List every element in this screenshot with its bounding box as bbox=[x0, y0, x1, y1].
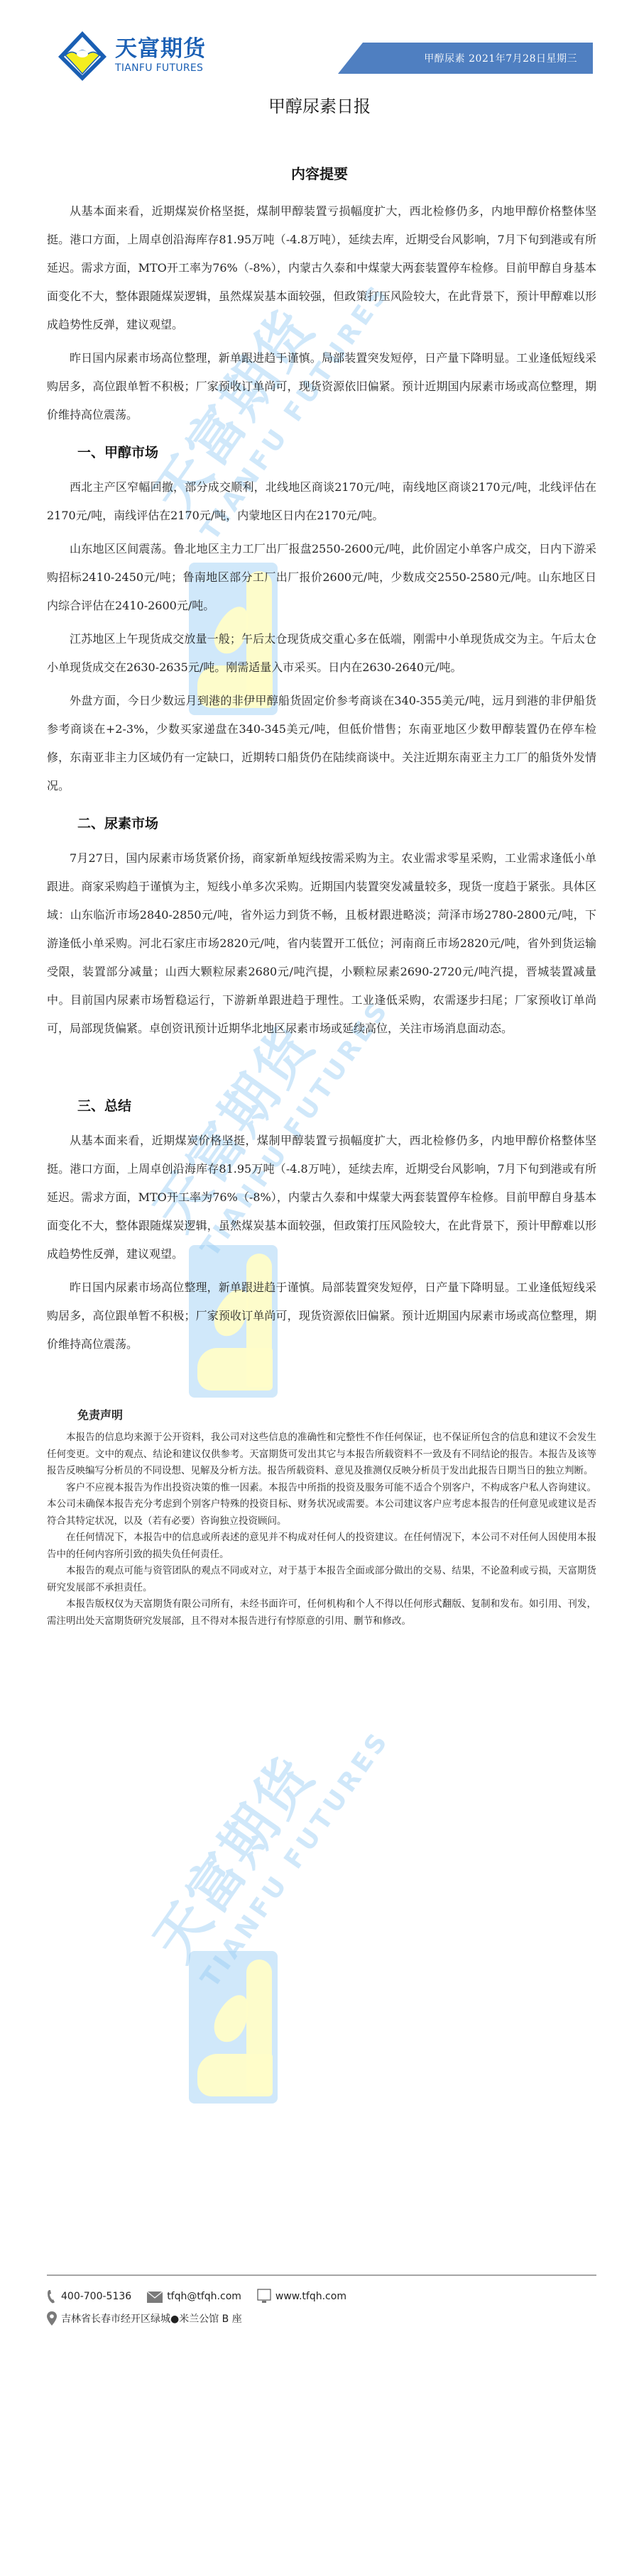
methanol-paragraph: 江苏地区上午现货成交放量一般；午后太仓现货成交重心多在低端，刚需中小单现货成交为… bbox=[47, 625, 596, 682]
contact-phone[interactable]: 400-700-5136 bbox=[47, 2289, 131, 2304]
footer-divider bbox=[47, 2274, 596, 2276]
summary-heading: 内容提要 bbox=[0, 163, 639, 184]
logo-chinese-name: 天富期货 bbox=[115, 37, 206, 61]
address-text: 吉林省长春市经开区绿城●米兰公馆 B 座 bbox=[61, 2311, 242, 2326]
report-date: 甲醇尿素 2021年7月28日星期三 bbox=[424, 51, 577, 65]
report-body: 从基本面来看，近期煤炭价格坚挺，煤制甲醇装置亏损幅度扩大，西北检修仍多，内地甲醇… bbox=[0, 197, 639, 1359]
phone-icon bbox=[47, 2289, 57, 2304]
methanol-paragraph: 外盘方面，今日少数远月到港的非伊甲醇船货固定价参考商谈在340-355美元/吨，… bbox=[47, 687, 596, 800]
methanol-paragraph: 山东地区区间震荡。鲁北地区主力工厂出厂报盘2550-2600元/吨，此价固定小单… bbox=[47, 535, 596, 620]
monitor-icon bbox=[257, 2289, 271, 2304]
report-header: 天富期货 TIANFU FUTURES 甲醇尿素 2021年7月28日星期三 bbox=[0, 0, 639, 92]
methanol-paragraph: 西北主产区窄幅回撤，部分成交顺利，北线地区商谈2170元/吨，南线地区商谈217… bbox=[47, 473, 596, 530]
disclaimer-section: 免责声明 本报告的信息均来源于公开资料，我公司对这些信息的准确性和完整性不作任何… bbox=[0, 1401, 639, 1630]
summary-paragraph: 昨日国内尿素市场高位整理，新单跟进趋于谨慎。局部装置突发短停，日产量下降明显。工… bbox=[47, 344, 596, 429]
watermark-logo-tile bbox=[189, 1951, 278, 2104]
website-url: www.tfqh.com bbox=[275, 2291, 346, 2302]
email-address: tfqh@tfqh.com bbox=[167, 2291, 241, 2302]
summary-paragraph: 从基本面来看，近期煤炭价格坚挺，煤制甲醇装置亏损幅度扩大，西北检修仍多，内地甲醇… bbox=[47, 197, 596, 339]
conclusion-paragraph: 昨日国内尿素市场高位整理，新单跟进趋于谨慎。局部装置突发短停，日产量下降明显。工… bbox=[47, 1273, 596, 1359]
contact-address: 吉林省长春市经开区绿城●米兰公馆 B 座 bbox=[47, 2311, 596, 2326]
company-logo: 天富期货 TIANFU FUTURES bbox=[57, 30, 206, 81]
page-title: 甲醇尿素日报 bbox=[0, 92, 639, 121]
phone-number: 400-700-5136 bbox=[61, 2291, 131, 2302]
date-banner: 甲醇尿素 2021年7月28日星期三 bbox=[338, 43, 593, 74]
disclaimer-paragraph: 本报告的观点可能与资管团队的观点不同或对立，对于基于本报告全面或部分做出的交易、… bbox=[47, 1563, 596, 1596]
section-heading-methanol: 一、甲醇市场 bbox=[77, 439, 596, 466]
logo-english-name: TIANFU FUTURES bbox=[115, 62, 206, 74]
contact-footer: 400-700-5136 tfqh@tfqh.com www.tfqh.com … bbox=[47, 2274, 596, 2326]
watermark-text-cn: 天富期货 bbox=[131, 1738, 329, 1974]
disclaimer-paragraph: 本报告的信息均来源于公开资料，我公司对这些信息的准确性和完整性不作任何保证，也不… bbox=[47, 1430, 596, 1480]
mail-icon bbox=[147, 2290, 163, 2303]
disclaimer-paragraph: 在任何情况下，本报告中的信息或所表述的意见并不构成对任何人的投资建议。在任何情况… bbox=[47, 1530, 596, 1563]
tianfu-diamond-logo-icon bbox=[57, 30, 108, 81]
disclaimer-paragraph: 本报告版权仅为天富期货有限公司所有，未经书面许可，任何机构和个人不得以任何形式翻… bbox=[47, 1596, 596, 1630]
urea-paragraph: 7月27日，国内尿素市场货紧价扬，商家新单短线按需采购为主。农业需求零星采购，工… bbox=[47, 844, 596, 1043]
disclaimer-paragraph: 客户不应视本报告为作出投资决策的惟一因素。本报告中所指的投资及服务可能不适合个别… bbox=[47, 1480, 596, 1530]
disclaimer-title: 免责声明 bbox=[77, 1401, 596, 1430]
section-heading-summary: 三、总结 bbox=[77, 1093, 596, 1120]
location-pin-icon bbox=[47, 2311, 57, 2326]
contact-email[interactable]: tfqh@tfqh.com bbox=[147, 2290, 241, 2303]
contact-website[interactable]: www.tfqh.com bbox=[257, 2289, 346, 2304]
section-heading-urea: 二、尿素市场 bbox=[77, 810, 596, 837]
conclusion-paragraph: 从基本面来看，近期煤炭价格坚挺，煤制甲醇装置亏损幅度扩大，西北检修仍多，内地甲醇… bbox=[47, 1127, 596, 1268]
